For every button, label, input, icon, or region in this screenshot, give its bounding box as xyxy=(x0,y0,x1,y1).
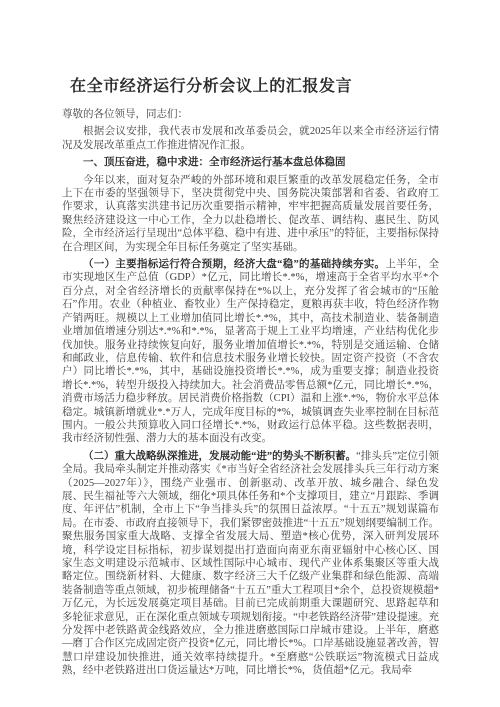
item-2-paragraph: （二）重大战略纵深推进，发展动能“进”的势头不断积蓄。“排头兵”定位引领全局。我… xyxy=(62,450,439,678)
item-1-paragraph: （一）主要指标运行符合预期，经济大盘“稳”的基础持续夯实。上半年，全市实现地区生… xyxy=(62,258,439,446)
document-body: 在全市经济运行分析会议上的汇报发言 尊敬的各位领导，同志们： 根据会议安排，我代… xyxy=(62,77,439,682)
item-1-body: 上半年，全市实现地区生产总值（GDP）*亿元，同比增长*.*%，增速高于全省平均… xyxy=(62,259,439,444)
section-1-overview-paragraph: 今年以来，面对复杂严峻的外部环境和艰巨繁重的改革发展稳定任务，全市上下在市委的坚… xyxy=(62,174,439,254)
document-title: 在全市经济运行分析会议上的汇报发言 xyxy=(70,77,439,96)
item-2-lead: （二）重大战略纵深推进，发展动能“进”的势头不断积蓄。 xyxy=(83,451,356,462)
section-1-heading: 一、顶压奋进，稳中求进：全市经济运行基本盘总体稳固 xyxy=(62,156,439,169)
item-2-body: “排头兵”定位引领全局。我局牵头制定并推动落实《*市当好全省经济社会发展排头兵三… xyxy=(62,451,439,677)
greeting-line: 尊敬的各位领导，同志们： xyxy=(62,108,439,121)
intro-paragraph: 根据会议安排，我代表市发展和改革委员会，就2025年以来全市经济运行情况及发展改… xyxy=(62,125,439,152)
document-page: 在全市经济运行分析会议上的汇报发言 尊敬的各位领导，同志们： 根据会议安排，我代… xyxy=(0,0,500,707)
item-1-lead: （一）主要指标运行符合预期，经济大盘“稳”的基础持续夯实。 xyxy=(83,259,385,270)
